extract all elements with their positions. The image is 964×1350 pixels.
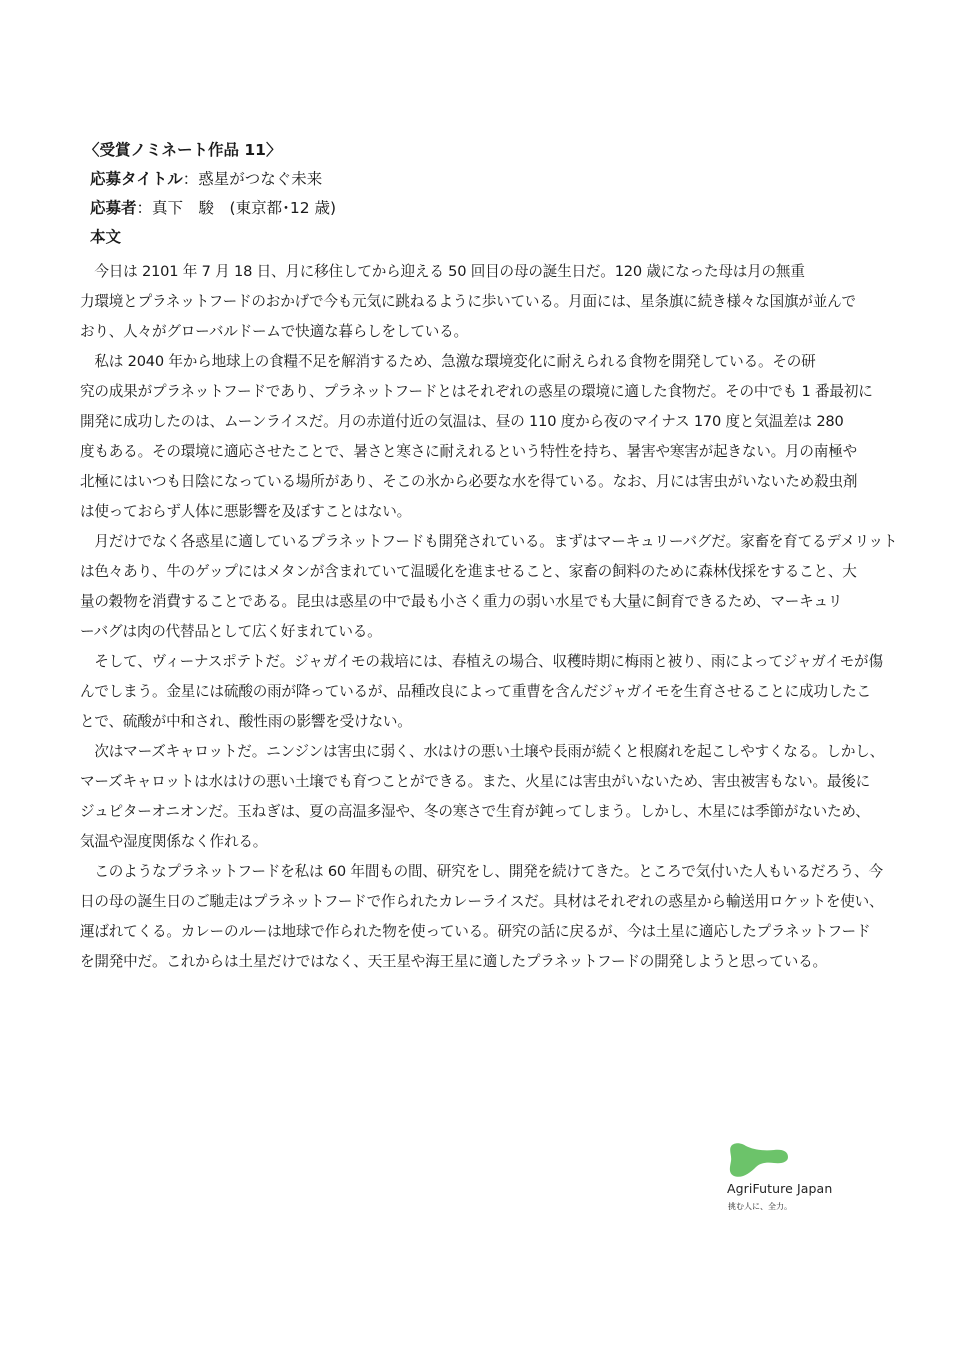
- applicant-row: 応募者：真下 駿 (東京都･12 歳): [90, 194, 890, 223]
- entry-title-value: 惑星がつなぐ未来: [198, 170, 322, 188]
- body-line: 度もある。その環境に適応させたことで、暑さと寒さに耐えれるという特性を持ち、暑害…: [80, 437, 890, 467]
- body-line: 究の成果がプラネットフードであり、プラネットフードとはそれぞれの惑星の環境に適し…: [80, 377, 890, 407]
- body-line: を開発中だ。これからは土星だけではなく、天王星や海王星に適したプラネットフードの…: [80, 947, 890, 977]
- body-line: マーズキャロットは水はけの悪い土壌でも育つことができる。また、火星には害虫がいな…: [80, 767, 890, 797]
- applicant-separator: ：: [137, 199, 153, 217]
- body-line: ジュピターオニオンだ。玉ねぎは、夏の高温多湿や、冬の寒さで生育が鈍ってしまう。し…: [80, 797, 890, 827]
- body-line: おり、人々がグローバルドームで快適な暮らしをしている。: [80, 317, 890, 347]
- document-page: 〈受賞ノミネート作品 11〉 応募タイトル：惑星がつなぐ未来 応募者：真下 駿 …: [0, 0, 964, 1350]
- body-heading: 本文: [90, 223, 890, 252]
- entry-title-row: 応募タイトル：惑星がつなぐ未来: [90, 165, 890, 194]
- logo-tagline: 挑む人に、全力。: [728, 1201, 792, 1212]
- body-line: そして、ヴィーナスポテトだ。ジャガイモの栽培には、春植えの場合、収穫時期に梅雨と…: [80, 647, 890, 677]
- entry-number-title: 〈受賞ノミネート作品 11〉: [84, 136, 890, 165]
- body-line: 量の穀物を消費することである。昆虫は惑星の中で最も小さく重力の弱い水星でも大量に…: [80, 587, 890, 617]
- body-line: 北極にはいつも日陰になっている場所があり、そこの氷から必要な水を得ている。なお、…: [80, 467, 890, 497]
- body-line: は色々あり、牛のゲップにはメタンが含まれていて温暖化を進ませること、家畜の飼料の…: [80, 557, 890, 587]
- green-island-shape-icon: [724, 1141, 804, 1181]
- body-line: このようなプラネットフードを私は 60 年間もの間、研究をし、開発を続けてきた。…: [80, 857, 890, 887]
- body-line: は使っておらず人体に悪影響を及ぼすことはない。: [80, 497, 890, 527]
- body-line: ーバグは肉の代替品として広く好まれている。: [80, 617, 890, 647]
- body-line: んでしまう。金星には硫酸の雨が降っているが、品種改良によって重曹を含んだジャガイ…: [80, 677, 890, 707]
- applicant-label: 応募者: [90, 199, 137, 217]
- body-line: とで、硫酸が中和され、酸性雨の影響を受けない。: [80, 707, 890, 737]
- body-line: 気温や湿度関係なく作れる。: [80, 827, 890, 857]
- applicant-value: 真下 駿 (東京都･12 歳): [152, 199, 336, 217]
- body-line: 開発に成功したのは、ムーンライスだ。月の赤道付近の気温は、昼の 110 度から夜…: [80, 407, 890, 437]
- body-line: 次はマーズキャロットだ。ニンジンは害虫に弱く、水はけの悪い土壌や長雨が続くと根腐…: [80, 737, 890, 767]
- entry-title-separator: ：: [183, 170, 199, 188]
- body-line: 運ばれてくる。カレーのルーは地球で作られた物を使っている。研究の話に戻るが、今は…: [80, 917, 890, 947]
- body-line: 月だけでなく各惑星に適しているプラネットフードも開発されている。まずはマーキュリ…: [80, 527, 890, 557]
- body-line: 日の母の誕生日のご馳走はプラネットフードで作られたカレーライスだ。具材はそれぞれ…: [80, 887, 890, 917]
- logo-wordmark: AgriFuture Japan: [727, 1181, 832, 1196]
- essay-body: 今日は 2101 年 7 月 18 日、月に移住してから迎える 50 回目の母の…: [80, 257, 890, 977]
- body-line: 私は 2040 年から地球上の食糧不足を解消するため、急激な環境変化に耐えられる…: [80, 347, 890, 377]
- body-line: 今日は 2101 年 7 月 18 日、月に移住してから迎える 50 回目の母の…: [80, 257, 890, 287]
- entry-title-label: 応募タイトル: [90, 170, 183, 188]
- body-line: 力環境とプラネットフードのおかげで今も元気に跳ねるように歩いている。月面には、星…: [80, 287, 890, 317]
- entry-header: 〈受賞ノミネート作品 11〉 応募タイトル：惑星がつなぐ未来 応募者：真下 駿 …: [90, 136, 890, 252]
- agrifuture-japan-logo: AgriFuture Japan 挑む人に、全力。: [724, 1141, 894, 1221]
